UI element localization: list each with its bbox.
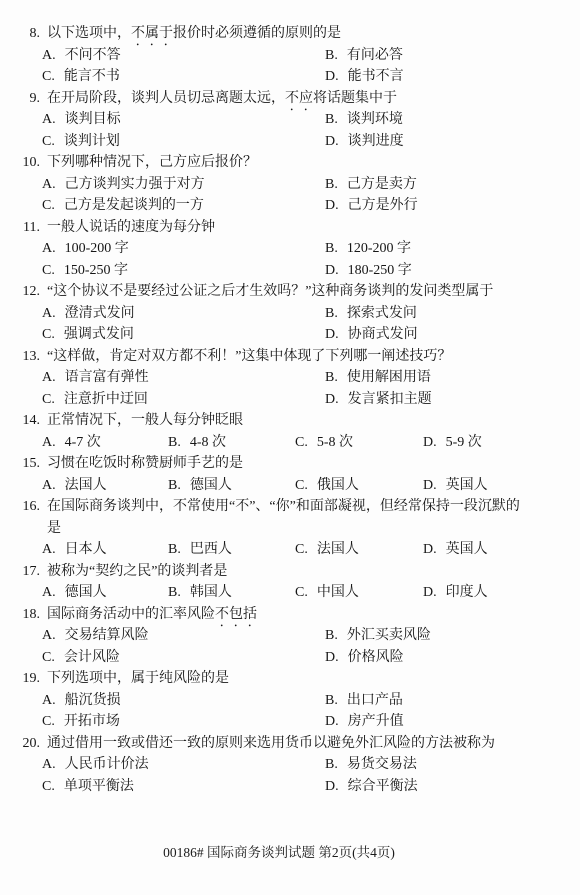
option-text: 己方谈判实力强于对方	[65, 177, 205, 192]
option-text: 德国人	[65, 585, 107, 600]
option-label: C.	[42, 779, 55, 794]
option: B.有问必答	[325, 45, 580, 67]
option: D.综合平衡法	[325, 776, 580, 798]
option: B.4-8 次	[168, 432, 295, 454]
option-grid: A.澄清式发问B.探索式发问C.强调式发问D.协商式发问	[0, 303, 580, 346]
question-number: 13.	[14, 346, 40, 368]
question-stem: 通过借用一致或借还一致的原则来选用货币以避免外汇风险的方法被称为	[47, 736, 495, 751]
option-text: 单项平衡法	[64, 779, 134, 794]
option-label: D.	[325, 714, 339, 729]
option-text: 发言紧扣主题	[348, 392, 432, 407]
option-text: 100-200 字	[65, 241, 129, 256]
question-number: 20.	[14, 733, 40, 755]
option: B.韩国人	[168, 582, 295, 604]
option: A.船沉货损	[42, 690, 325, 712]
option-label: A.	[42, 177, 56, 192]
option-text: 人民币计价法	[65, 757, 149, 772]
question-item: 9.在开局阶段，谈判人员切忌离题太远，不应将话题集中于A.谈判目标B.谈判环境C…	[0, 88, 580, 153]
question-number: 15.	[14, 453, 40, 475]
option-label: B.	[168, 585, 181, 600]
option-text: 谈判目标	[65, 112, 121, 127]
question-item: 11.一般人说话的速度为每分钟A.100-200 字B.120-200 字C.1…	[0, 217, 580, 282]
option-text: 德国人	[190, 478, 232, 493]
option: A.日本人	[42, 539, 168, 561]
option-label: D.	[423, 435, 437, 450]
option-label: D.	[325, 134, 339, 149]
stem-text: 以下选项中，	[47, 26, 131, 41]
option: B.使用解困用语	[325, 367, 580, 389]
option-grid: A.4-7 次B.4-8 次C.5-8 次D.5-9 次	[0, 432, 580, 454]
option: A.人民币计价法	[42, 754, 325, 776]
question-number: 14.	[14, 410, 40, 432]
option-text: 英国人	[446, 542, 488, 557]
option-text: 5-9 次	[446, 435, 482, 450]
option: B.易货交易法	[325, 754, 580, 776]
question-stem: 一般人说话的速度为每分钟	[47, 220, 215, 235]
stem-text: 下列哪种情况下，己方应后报价？	[47, 155, 257, 170]
option: C.谈判计划	[42, 131, 325, 153]
question-list: 8.以下选项中，不属于报价时必须遵循的原则的是A.不问不答B.有问必答C.能言不…	[0, 0, 580, 797]
stem-text-emphasized: 不应	[285, 91, 313, 106]
question-item: 20.通过借用一致或借还一致的原则来选用货币以避免外汇风险的方法被称为A.人民币…	[0, 733, 580, 798]
question-item: 19.下列选项中，属于纯风险的是A.船沉货损B.出口产品C.开拓市场D.房产升值	[0, 668, 580, 733]
question-number: 18.	[14, 604, 40, 626]
option-label: D.	[325, 392, 339, 407]
stem-text: 通过借用一致或借还一致的原则来选用货币以避免外汇风险的方法被称为	[47, 736, 495, 751]
question-stem: “这样做，肯定对双方都不利！”这集中体现了下列哪一阐述技巧？	[47, 349, 451, 364]
option: B.探索式发问	[325, 303, 580, 325]
question-number: 11.	[14, 217, 40, 239]
option: D.印度人	[423, 582, 580, 604]
question-item: 8.以下选项中，不属于报价时必须遵循的原则的是A.不问不答B.有问必答C.能言不…	[0, 23, 580, 88]
option-text: 澄清式发问	[65, 306, 135, 321]
option-text: 英国人	[446, 478, 488, 493]
option: A.不问不答	[42, 45, 325, 67]
option-text: 开拓市场	[64, 714, 120, 729]
question-number: 8.	[14, 23, 40, 45]
option-label: B.	[325, 112, 338, 127]
option: A.法国人	[42, 475, 168, 497]
option-label: C.	[295, 542, 308, 557]
option: D.5-9 次	[423, 432, 580, 454]
question-stem-line: 17.被称为“契约之民”的谈判者是	[0, 561, 580, 583]
option-label: C.	[42, 198, 55, 213]
option-label: D.	[325, 69, 339, 84]
stem-text-emphasized: 不包括	[215, 607, 257, 622]
option: A.谈判目标	[42, 109, 325, 131]
question-stem-line: 13.“这样做，肯定对双方都不利！”这集中体现了下列哪一阐述技巧？	[0, 346, 580, 368]
question-stem: 习惯在吃饭时称赞厨师手艺的是	[47, 456, 243, 471]
option-label: B.	[325, 48, 338, 63]
stem-text: 国际商务活动中的汇率风险	[47, 607, 215, 622]
stem-text: 在国际商务谈判中，不常使用“不”、“你”和面部凝视，但经常保持一段沉默的	[47, 499, 520, 514]
option-label: C.	[42, 69, 55, 84]
option-grid: A.日本人B.巴西人C.法国人D.英国人	[0, 539, 580, 561]
option-label: A.	[42, 241, 56, 256]
question-number: 16.	[14, 496, 40, 518]
option-text: 中国人	[317, 585, 359, 600]
question-stem-continued: 是	[0, 518, 580, 540]
option-label: C.	[42, 392, 55, 407]
option-text: 能言不书	[64, 69, 120, 84]
question-stem-line: 16.在国际商务谈判中，不常使用“不”、“你”和面部凝视，但经常保持一段沉默的	[0, 496, 580, 518]
option-label: A.	[42, 370, 56, 385]
question-number: 9.	[14, 88, 40, 110]
option: C.会计风险	[42, 647, 325, 669]
option-label: D.	[325, 327, 339, 342]
option-label: A.	[42, 112, 56, 127]
option: D.房产升值	[325, 711, 580, 733]
option-label: A.	[42, 693, 56, 708]
option-text: 价格风险	[348, 650, 404, 665]
option-text: 己方是外行	[348, 198, 418, 213]
option-label: A.	[42, 478, 56, 493]
option-text: 日本人	[65, 542, 107, 557]
option-text: 语言富有弹性	[65, 370, 149, 385]
question-stem: 在国际商务谈判中，不常使用“不”、“你”和面部凝视，但经常保持一段沉默的	[47, 499, 520, 514]
option: A.100-200 字	[42, 238, 325, 260]
option-text: 有问必答	[347, 48, 403, 63]
option: D.价格风险	[325, 647, 580, 669]
option: C.5-8 次	[295, 432, 423, 454]
question-stem-line: 15.习惯在吃饭时称赞厨师手艺的是	[0, 453, 580, 475]
option-grid: A.人民币计价法B.易货交易法C.单项平衡法D.综合平衡法	[0, 754, 580, 797]
option: A.交易结算风险	[42, 625, 325, 647]
question-item: 12.“这个协议不是要经过公证之后才生效吗？”这种商务谈判的发问类型属于A.澄清…	[0, 281, 580, 346]
question-item: 10.下列哪种情况下，己方应后报价？A.己方谈判实力强于对方B.己方是卖方C.己…	[0, 152, 580, 217]
option: A.己方谈判实力强于对方	[42, 174, 325, 196]
option-text: 俄国人	[317, 478, 359, 493]
option: C.俄国人	[295, 475, 423, 497]
stem-text: 正常情况下，一般人每分钟眨眼	[47, 413, 243, 428]
question-stem-line: 14.正常情况下，一般人每分钟眨眼	[0, 410, 580, 432]
option-label: B.	[168, 542, 181, 557]
stem-text: “这个协议不是要经过公证之后才生效吗？”这种商务谈判的发问类型属于	[47, 284, 493, 299]
option-label: C.	[42, 134, 55, 149]
option: D.发言紧扣主题	[325, 389, 580, 411]
option-label: D.	[423, 478, 437, 493]
option: B.120-200 字	[325, 238, 580, 260]
option-text: 谈判计划	[64, 134, 120, 149]
option-label: A.	[42, 306, 56, 321]
option-grid: A.交易结算风险B.外汇买卖风险C.会计风险D.价格风险	[0, 625, 580, 668]
option: B.谈判环境	[325, 109, 580, 131]
question-item: 18.国际商务活动中的汇率风险不包括A.交易结算风险B.外汇买卖风险C.会计风险…	[0, 604, 580, 669]
option: A.4-7 次	[42, 432, 168, 454]
option: A.德国人	[42, 582, 168, 604]
option: B.巴西人	[168, 539, 295, 561]
question-stem-line: 12.“这个协议不是要经过公证之后才生效吗？”这种商务谈判的发问类型属于	[0, 281, 580, 303]
option: D.协商式发问	[325, 324, 580, 346]
option-grid: A.法国人B.德国人C.俄国人D.英国人	[0, 475, 580, 497]
option: A.语言富有弹性	[42, 367, 325, 389]
option-text: 120-200 字	[347, 241, 411, 256]
option-text: 巴西人	[190, 542, 232, 557]
question-stem: 被称为“契约之民”的谈判者是	[47, 564, 227, 579]
option-label: B.	[325, 177, 338, 192]
option-text: 探索式发问	[347, 306, 417, 321]
option-label: D.	[325, 263, 339, 278]
option-text: 交易结算风险	[65, 628, 149, 643]
question-item: 16.在国际商务谈判中，不常使用“不”、“你”和面部凝视，但经常保持一段沉默的是…	[0, 496, 580, 561]
option-grid: A.语言富有弹性B.使用解困用语C.注意折中迂回D.发言紧扣主题	[0, 367, 580, 410]
option-grid: A.谈判目标B.谈判环境C.谈判计划D.谈判进度	[0, 109, 580, 152]
option-label: B.	[168, 435, 181, 450]
option-text: 使用解困用语	[347, 370, 431, 385]
option-label: C.	[42, 714, 55, 729]
question-stem: 正常情况下，一般人每分钟眨眼	[47, 413, 243, 428]
option-label: B.	[325, 370, 338, 385]
option: C.中国人	[295, 582, 423, 604]
option-label: A.	[42, 628, 56, 643]
stem-text: 将话题集中于	[313, 91, 397, 106]
option: B.己方是卖方	[325, 174, 580, 196]
option-label: C.	[42, 650, 55, 665]
option: C.法国人	[295, 539, 423, 561]
option-text: 谈判进度	[348, 134, 404, 149]
question-item: 15.习惯在吃饭时称赞厨师手艺的是A.法国人B.德国人C.俄国人D.英国人	[0, 453, 580, 496]
option-text: 4-8 次	[190, 435, 226, 450]
option-text: 出口产品	[347, 693, 403, 708]
question-number: 17.	[14, 561, 40, 583]
option-label: C.	[295, 478, 308, 493]
option-label: A.	[42, 48, 56, 63]
stem-text: 在开局阶段，谈判人员切忌离题太远，	[47, 91, 285, 106]
option: C.单项平衡法	[42, 776, 325, 798]
option: D.能书不言	[325, 66, 580, 88]
stem-text: 报价时必须遵循的原则的是	[173, 26, 341, 41]
option-text: 印度人	[446, 585, 488, 600]
stem-text: 下列选项中，属于纯风险的是	[47, 671, 229, 686]
option: C.己方是发起谈判的一方	[42, 195, 325, 217]
option: D.英国人	[423, 475, 580, 497]
question-item: 14.正常情况下，一般人每分钟眨眼A.4-7 次B.4-8 次C.5-8 次D.…	[0, 410, 580, 453]
option-text: 强调式发问	[64, 327, 134, 342]
option-text: 外汇买卖风险	[347, 628, 431, 643]
option-grid: A.船沉货损B.出口产品C.开拓市场D.房产升值	[0, 690, 580, 733]
option-text: 船沉货损	[65, 693, 121, 708]
option: C.强调式发问	[42, 324, 325, 346]
question-stem-line: 20.通过借用一致或借还一致的原则来选用货币以避免外汇风险的方法被称为	[0, 733, 580, 755]
option-label: C.	[42, 327, 55, 342]
option-text: 法国人	[65, 478, 107, 493]
question-stem-line: 8.以下选项中，不属于报价时必须遵循的原则的是	[0, 23, 580, 45]
option: A.澄清式发问	[42, 303, 325, 325]
question-item: 17.被称为“契约之民”的谈判者是A.德国人B.韩国人C.中国人D.印度人	[0, 561, 580, 604]
question-stem-line: 19.下列选项中，属于纯风险的是	[0, 668, 580, 690]
option-label: C.	[42, 263, 55, 278]
question-stem: “这个协议不是要经过公证之后才生效吗？”这种商务谈判的发问类型属于	[47, 284, 493, 299]
option-text: 房产升值	[348, 714, 404, 729]
question-number: 19.	[14, 668, 40, 690]
question-stem: 以下选项中，不属于报价时必须遵循的原则的是	[47, 26, 341, 41]
option-text: 协商式发问	[348, 327, 418, 342]
option-grid: A.德国人B.韩国人C.中国人D.印度人	[0, 582, 580, 604]
option-text: 4-7 次	[65, 435, 101, 450]
question-stem: 在开局阶段，谈判人员切忌离题太远，不应将话题集中于	[47, 91, 397, 106]
option-grid: A.不问不答B.有问必答C.能言不书D.能书不言	[0, 45, 580, 88]
option-label: B.	[325, 628, 338, 643]
option-text: 己方是卖方	[347, 177, 417, 192]
option-text: 180-250 字	[348, 263, 412, 278]
option-text: 不问不答	[65, 48, 121, 63]
stem-text: 被称为“契约之民”的谈判者是	[47, 564, 227, 579]
option-text: 注意折中迂回	[64, 392, 148, 407]
option-label: C.	[295, 435, 308, 450]
option-label: D.	[423, 585, 437, 600]
option-grid: A.100-200 字B.120-200 字C.150-250 字D.180-2…	[0, 238, 580, 281]
option-label: B.	[325, 306, 338, 321]
option-text: 易货交易法	[347, 757, 417, 772]
option-label: D.	[423, 542, 437, 557]
option: D.己方是外行	[325, 195, 580, 217]
question-stem-line: 9.在开局阶段，谈判人员切忌离题太远，不应将话题集中于	[0, 88, 580, 110]
option: C.能言不书	[42, 66, 325, 88]
option-text: 150-250 字	[64, 263, 128, 278]
option-label: B.	[325, 241, 338, 256]
option: D.180-250 字	[325, 260, 580, 282]
stem-text-emphasized: 不属于	[131, 26, 173, 41]
exam-page: 8.以下选项中，不属于报价时必须遵循的原则的是A.不问不答B.有问必答C.能言不…	[0, 0, 580, 895]
option-text: 综合平衡法	[348, 779, 418, 794]
option: D.英国人	[423, 539, 580, 561]
question-number: 10.	[14, 152, 40, 174]
stem-text: “这样做，肯定对双方都不利！”这集中体现了下列哪一阐述技巧？	[47, 349, 451, 364]
option-text: 能书不言	[348, 69, 404, 84]
option-label: A.	[42, 542, 56, 557]
option-text: 谈判环境	[347, 112, 403, 127]
option-label: B.	[168, 478, 181, 493]
question-stem-line: 18.国际商务活动中的汇率风险不包括	[0, 604, 580, 626]
stem-text: 习惯在吃饭时称赞厨师手艺的是	[47, 456, 243, 471]
option-text: 韩国人	[190, 585, 232, 600]
option-label: A.	[42, 585, 56, 600]
option-label: B.	[325, 693, 338, 708]
option-text: 会计风险	[64, 650, 120, 665]
option-label: D.	[325, 650, 339, 665]
option: B.德国人	[168, 475, 295, 497]
question-stem: 下列选项中，属于纯风险的是	[47, 671, 229, 686]
option: C.150-250 字	[42, 260, 325, 282]
option: C.开拓市场	[42, 711, 325, 733]
question-item: 13.“这样做，肯定对双方都不利！”这集中体现了下列哪一阐述技巧？A.语言富有弹…	[0, 346, 580, 411]
option-text: 己方是发起谈判的一方	[64, 198, 204, 213]
option-label: D.	[325, 198, 339, 213]
page-footer: 00186# 国际商务谈判试题 第2页(共4页)	[0, 841, 580, 861]
question-stem: 下列哪种情况下，己方应后报价？	[47, 155, 257, 170]
question-stem-line: 11.一般人说话的速度为每分钟	[0, 217, 580, 239]
question-stem-line: 10.下列哪种情况下，己方应后报价？	[0, 152, 580, 174]
option: C.注意折中迂回	[42, 389, 325, 411]
question-stem: 国际商务活动中的汇率风险不包括	[47, 607, 257, 622]
option-label: B.	[325, 757, 338, 772]
stem-text: 一般人说话的速度为每分钟	[47, 220, 215, 235]
question-number: 12.	[14, 281, 40, 303]
option: D.谈判进度	[325, 131, 580, 153]
option-text: 5-8 次	[317, 435, 353, 450]
option-label: A.	[42, 435, 56, 450]
option-grid: A.己方谈判实力强于对方B.己方是卖方C.己方是发起谈判的一方D.己方是外行	[0, 174, 580, 217]
option: B.外汇买卖风险	[325, 625, 580, 647]
option-label: D.	[325, 779, 339, 794]
option-text: 法国人	[317, 542, 359, 557]
option: B.出口产品	[325, 690, 580, 712]
option-label: C.	[295, 585, 308, 600]
option-label: A.	[42, 757, 56, 772]
